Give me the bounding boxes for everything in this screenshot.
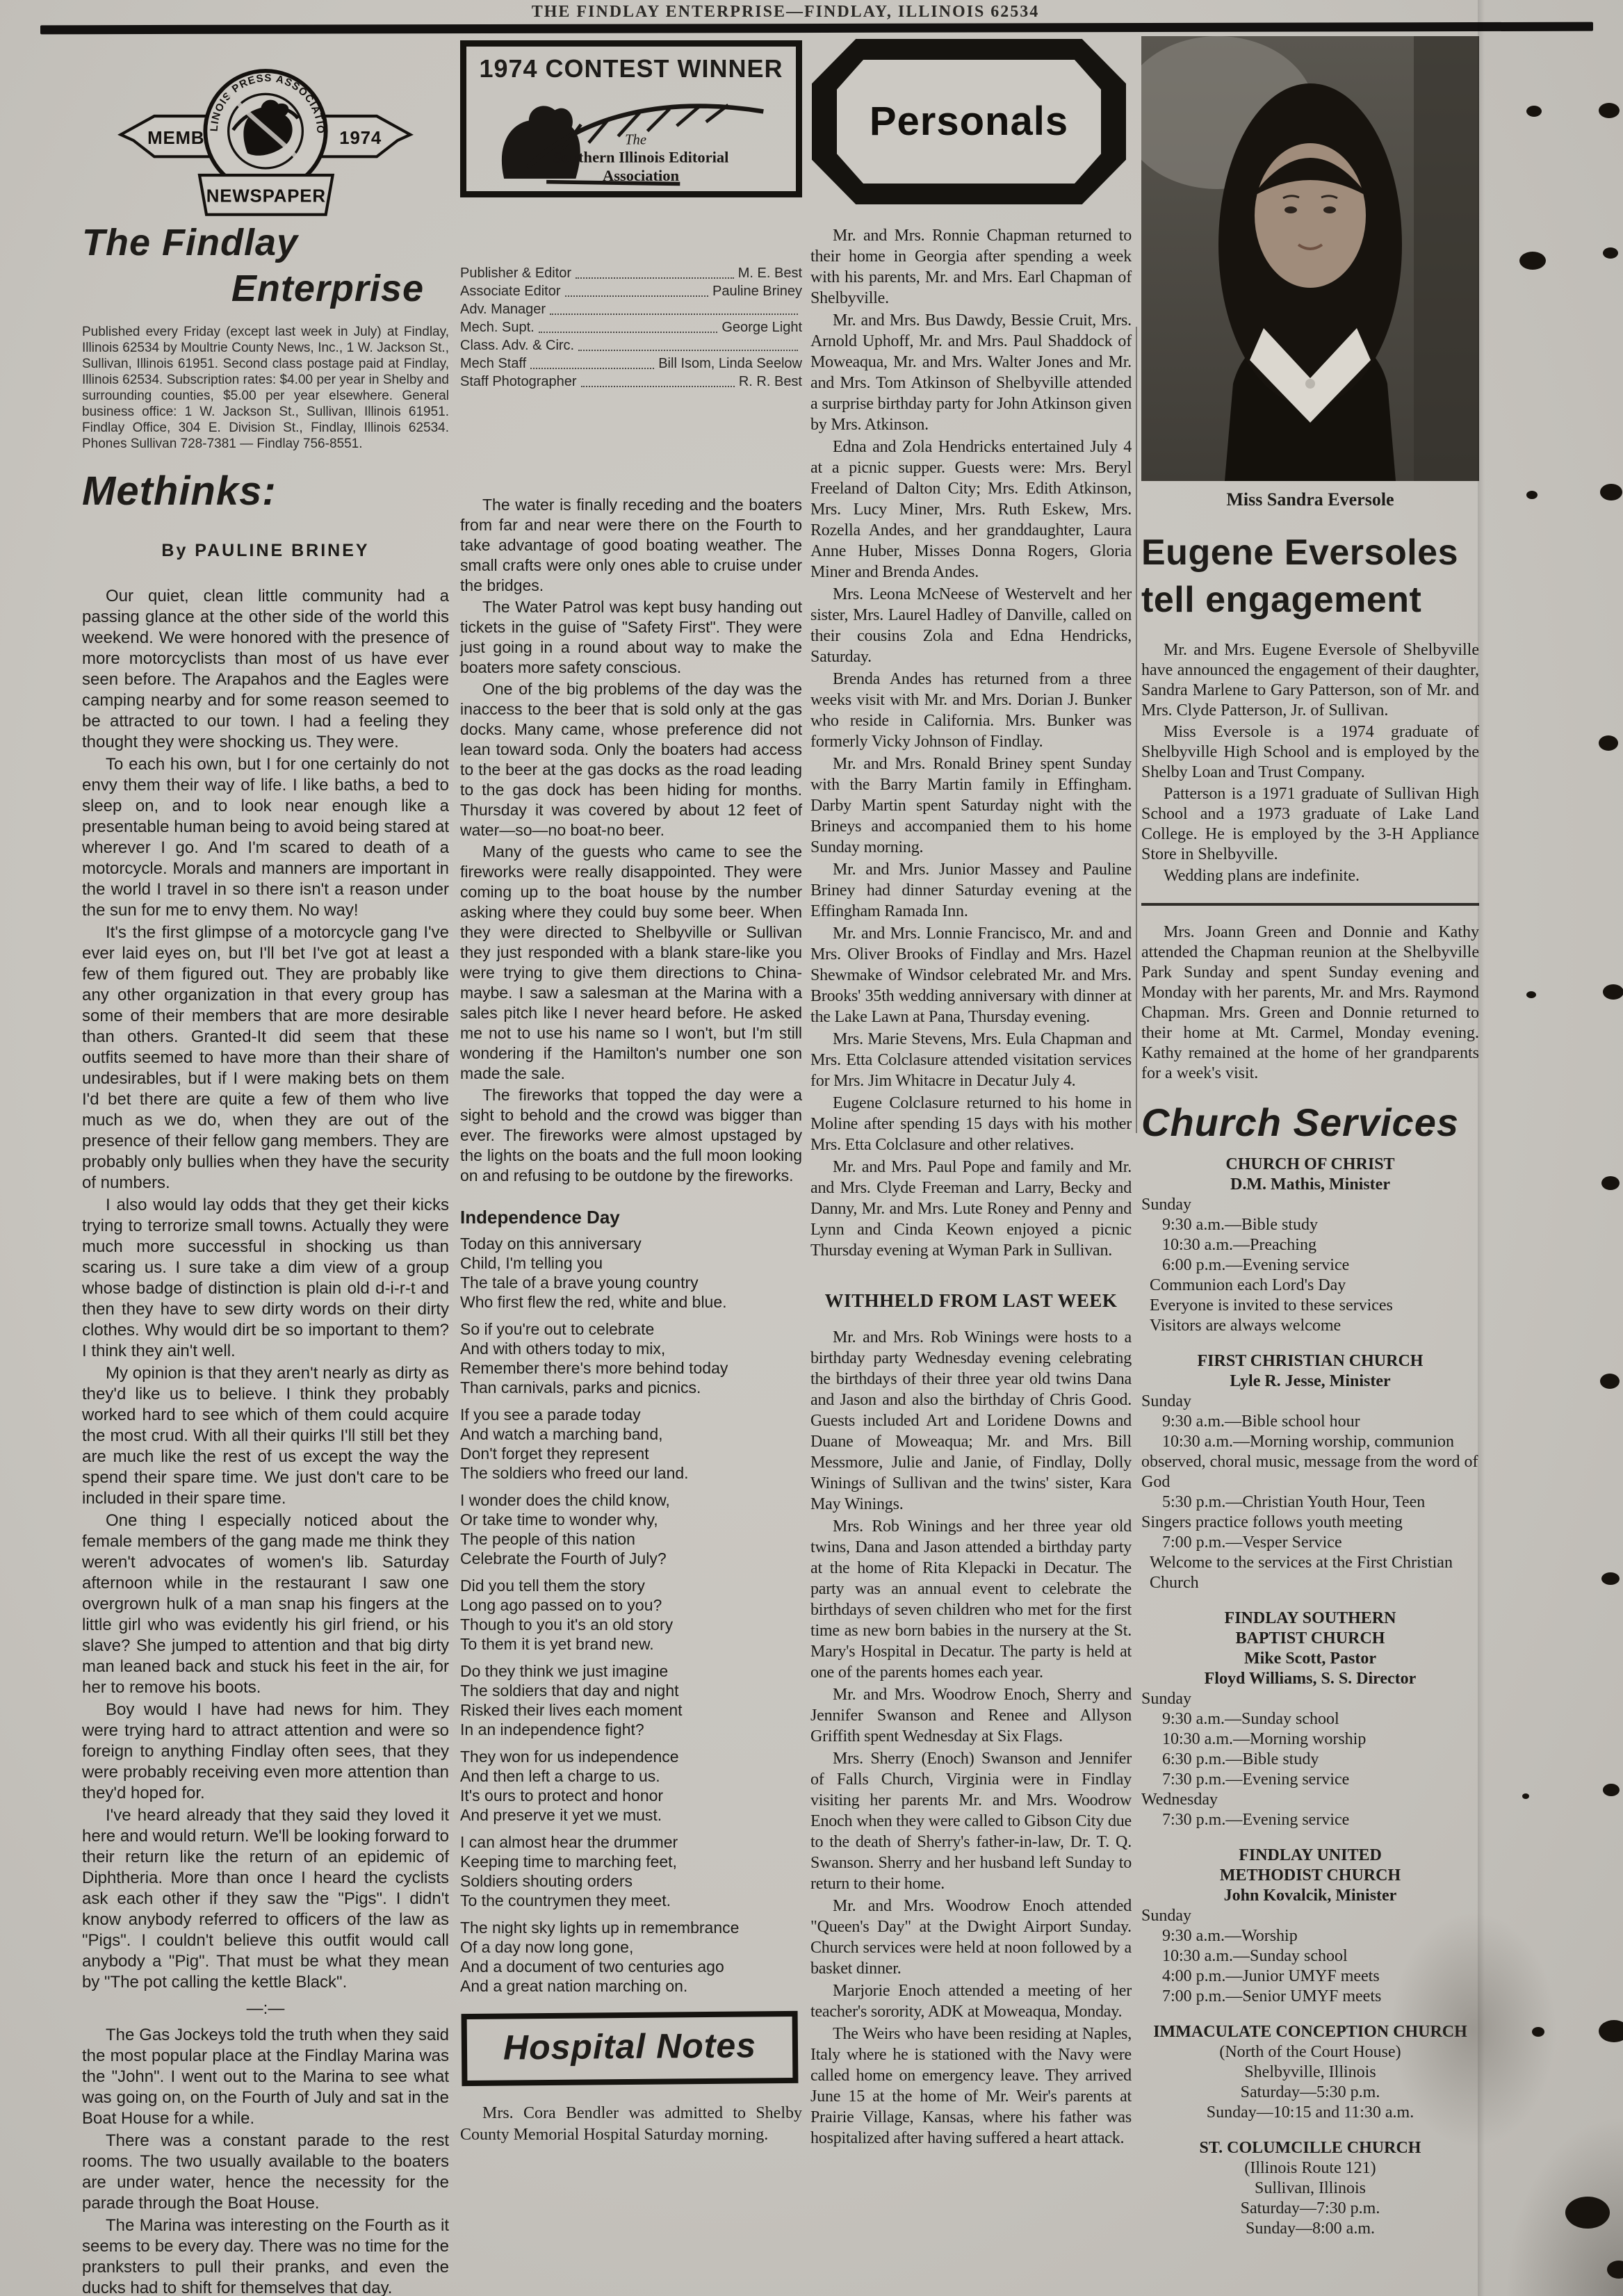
press-association-seal: MEMBER 1974 ILLINOIS PRESS ASSOCIATION N…	[82, 43, 449, 217]
staff-row: Adv. Manager	[460, 300, 802, 318]
personals-items: Mr. and Mrs. Ronnie Chapman returned to …	[810, 225, 1132, 1261]
photo-shadow-edge	[1414, 36, 1479, 481]
lake-report-paragraph: The water is finally receding and the bo…	[460, 495, 802, 596]
quill-bust-illustration: The Southern Illinois Editorial Associat…	[473, 84, 789, 188]
church-service-line: Floyd Williams, S. S. Director	[1141, 1669, 1479, 1689]
ink-spot	[1599, 735, 1618, 751]
lake-report-paragraph: One of the big problems of the day was t…	[460, 679, 802, 840]
church-service-line: Lyle R. Jesse, Minister	[1141, 1371, 1479, 1392]
top-running-head: THE FINDLAY ENTERPRISE—FINDLAY, ILLINOIS…	[518, 2, 1053, 22]
staff-role: Associate Editor	[460, 282, 561, 300]
year-ribbon-label: 1974	[339, 129, 382, 148]
hospital-notes-heading: Hospital Notes	[473, 2028, 787, 2065]
church-service-line: Welcome to the services at the First Chr…	[1141, 1553, 1479, 1593]
dotted-leader	[581, 386, 735, 387]
hospital-notes-box: Hospital Notes	[462, 2011, 799, 2086]
newspaper-title-line1: The Findlay	[82, 224, 449, 261]
staff-row: Publisher & Editor M. E. Best	[460, 264, 802, 282]
church-service-line: Sunday	[1141, 1689, 1479, 1709]
church-service-line: 7:00 p.m.—Vesper Service	[1141, 1533, 1479, 1553]
methinks-heading: Methinks:	[82, 471, 449, 512]
poem-stanza: The night sky lights up in remembrance O…	[460, 1918, 802, 1996]
personals-item: Brenda Andes has returned from a three w…	[810, 669, 1132, 752]
dotted-leader	[565, 295, 709, 297]
church-service-line: 10:30 a.m.—Morning worship, communion ob…	[1141, 1432, 1479, 1492]
personals-item: Eugene Colclasure returned to his home i…	[810, 1093, 1132, 1155]
poem-stanza: So if you're out to celebrate And with o…	[460, 1319, 802, 1397]
personals-item: Mr. and Mrs. Junior Massey and Pauline B…	[810, 859, 1132, 922]
lake-report-paragraph: Many of the guests who came to see the f…	[460, 842, 802, 1084]
church-service-line: Wednesday	[1141, 1790, 1479, 1810]
personals-octagon-panel: Personals	[837, 60, 1101, 184]
staff-role: Staff Photographer	[460, 373, 577, 391]
left-eye	[1284, 206, 1297, 213]
engagement-paragraph: Patterson is a 1971 graduate of Sullivan…	[1141, 784, 1479, 865]
engagement-paragraph: Wedding plans are indefinite.	[1141, 866, 1479, 886]
dotted-leader	[578, 350, 798, 351]
church-services-heading: Church Services	[1141, 1103, 1479, 1142]
ink-spot	[1603, 247, 1618, 259]
engagement-headline: Eugene Eversoles tell engagement	[1141, 530, 1479, 624]
org-the: The	[625, 132, 646, 147]
engagement-headline-line2: tell engagement	[1141, 577, 1479, 624]
church-service-line: 6:00 p.m.—Evening service	[1141, 1255, 1479, 1276]
church-service-line: Communion each Lord's Day	[1141, 1276, 1479, 1296]
staff-row: Class. Adv. & Circ.	[460, 336, 802, 355]
church-service-line: 10:30 a.m.—Preaching	[1141, 1235, 1479, 1255]
church-service-line: 6:30 p.m.—Bible study	[1141, 1750, 1479, 1770]
poem-stanza: I can almost hear the drummer Keeping ti…	[460, 1832, 802, 1910]
ink-spot	[1600, 484, 1622, 500]
ink-spot	[1526, 106, 1542, 117]
staff-role: Class. Adv. & Circ.	[460, 336, 574, 355]
personals-item: Mr. and Mrs. Woodrow Enoch attended "Que…	[810, 1896, 1132, 1979]
section-divider	[1141, 903, 1479, 906]
church-service-line: D.M. Mathis, Minister	[1141, 1175, 1479, 1195]
church-service-line	[1141, 1830, 1479, 1846]
personals-item: Marjorie Enoch attended a meeting of her…	[810, 1980, 1132, 2022]
church-service-line: Saturday—7:30 p.m.	[1141, 2199, 1479, 2219]
poem-stanza: If you see a parade today And watch a ma…	[460, 1405, 802, 1483]
poem-stanza: Did you tell them the story Long ago pas…	[460, 1576, 802, 1654]
church-service-line: Mike Scott, Pastor	[1141, 1649, 1479, 1669]
methinks-paragraph: I've heard already that they said they l…	[82, 1805, 449, 1993]
ink-spot	[1522, 1793, 1529, 1799]
methinks-paragraph: Our quiet, clean little community had a …	[82, 586, 449, 753]
contest-winner-box: 1974 CONTEST WINNER The Southern Illinoi…	[460, 40, 802, 197]
staff-name: R. R. Best	[739, 373, 802, 391]
ink-spot	[1526, 491, 1538, 499]
church-service-line: Everyone is invited to these services	[1141, 1296, 1479, 1316]
church-service-line: FIRST CHRISTIAN CHURCH	[1141, 1351, 1479, 1371]
ink-spot	[1601, 1572, 1620, 1585]
dotted-leader	[539, 332, 718, 333]
ink-spot	[1599, 2020, 1623, 2042]
staff-box: Publisher & Editor M. E. Best Associate …	[460, 264, 802, 391]
lake-report-paragraph: The Water Patrol was kept busy handing o…	[460, 597, 802, 678]
top-rule	[40, 22, 1593, 35]
ink-spot	[1603, 984, 1623, 1000]
photo-caption: Miss Sandra Eversole	[1141, 491, 1479, 509]
poem-stanza: Do they think we just imagine The soldie…	[460, 1661, 802, 1739]
church-service-line: 9:30 a.m.—Bible school hour	[1141, 1412, 1479, 1432]
church-service-line	[1141, 1336, 1479, 1351]
ink-spot	[1532, 2027, 1544, 2037]
methinks-paragraph: One thing I especially noticed about the…	[82, 1511, 449, 1698]
church-service-line: 7:30 p.m.—Evening service	[1141, 1770, 1479, 1790]
church-service-line: 5:30 p.m.—Christian Youth Hour, Teen Sin…	[1141, 1492, 1479, 1533]
staff-row: Associate Editor Pauline Briney	[460, 282, 802, 300]
staff-name: George Light	[721, 318, 802, 336]
middle-column: 1974 CONTEST WINNER The Southern Illinoi…	[460, 40, 802, 2146]
personals-item: Mr. and Mrs. Paul Pope and family and Mr…	[810, 1157, 1132, 1261]
church-service-line: 9:30 a.m.—Bible study	[1141, 1215, 1479, 1235]
church-service-line: FINDLAY UNITED	[1141, 1846, 1479, 1866]
poem-title: Independence Day	[460, 1207, 802, 1228]
poem-stanzas: Today on this anniversary Child, I'm tel…	[460, 1234, 802, 1996]
church-service-line: 10:30 a.m.—Morning worship	[1141, 1729, 1479, 1750]
personals-item: Mr. and Mrs. Rob Winings were hosts to a…	[810, 1327, 1132, 1515]
engagement-paragraph: Mr. and Mrs. Eugene Eversole of Shelbyvi…	[1141, 640, 1479, 721]
newspaper-page: THE FINDLAY ENTERPRISE—FINDLAY, ILLINOIS…	[0, 0, 1623, 2296]
personals-item: Mr. and Mrs. Bus Dawdy, Bessie Cruit, Mr…	[810, 310, 1132, 435]
withheld-items: Mr. and Mrs. Rob Winings were hosts to a…	[810, 1327, 1132, 2149]
ink-spot	[1603, 1784, 1620, 1796]
lake-report-paragraph: The fireworks that topped the day were a…	[460, 1085, 802, 1186]
staff-role: Mech Staff	[460, 355, 526, 373]
portrait-photo	[1141, 36, 1479, 481]
personals-item: Mr. and Mrs. Ronnie Chapman returned to …	[810, 225, 1132, 309]
ink-spot	[1526, 991, 1536, 998]
ink-spot	[1599, 103, 1620, 118]
newspaper-title-line2: Enterprise	[82, 270, 449, 307]
church-service-line: Sunday	[1141, 1392, 1479, 1412]
personals-column: Personals Mr. and Mrs. Ronnie Chapman re…	[810, 36, 1132, 2150]
personals-item: Mrs. Rob Winings and her three year old …	[810, 1516, 1132, 1683]
staff-role: Publisher & Editor	[460, 264, 571, 282]
lake-report-body: The water is finally receding and the bo…	[460, 495, 802, 1186]
staff-name: M. E. Best	[738, 264, 802, 282]
personals-item: Edna and Zola Hendricks entertained July…	[810, 437, 1132, 583]
methinks-paragraph: Boy would I have had news for him. They …	[82, 1700, 449, 1804]
ink-spot	[1565, 2197, 1610, 2229]
staff-name: Bill Isom, Linda Seelow	[658, 355, 802, 373]
hospital-notes-text: Mrs. Cora Bendler was admitted to Shelby…	[460, 2103, 802, 2146]
staff-role: Mech. Supt.	[460, 318, 535, 336]
personals-item: Mrs. Sherry (Enoch) Swanson and Jennifer…	[810, 1748, 1132, 1894]
social-note: Mrs. Joann Green and Donnie and Kathy at…	[1141, 922, 1479, 1084]
engagement-body: Mr. and Mrs. Eugene Eversole of Shelbyvi…	[1141, 640, 1479, 886]
staff-row: Mech Staff Bill Isom, Linda Seelow	[460, 355, 802, 373]
personals-heading-badge: Personals	[812, 39, 1126, 204]
org-line2: Association	[603, 167, 679, 184]
methinks-paragraph: My opinion is that they aren't nearly as…	[82, 1363, 449, 1509]
personals-item: Mrs. Leona McNeese of Westervelt and her…	[810, 584, 1132, 667]
methinks-body: Our quiet, clean little community had a …	[82, 586, 449, 2296]
masthead-methinks-column: MEMBER 1974 ILLINOIS PRESS ASSOCIATION N…	[82, 43, 449, 2296]
church-service-line: Sunday—8:00 a.m.	[1141, 2219, 1479, 2239]
engagement-paragraph: Miss Eversole is a 1974 graduate of Shel…	[1141, 722, 1479, 783]
church-service-line	[1141, 1593, 1479, 1609]
staff-row: Mech. Supt. George Light	[460, 318, 802, 336]
withheld-heading: WITHHELD FROM LAST WEEK	[810, 1292, 1132, 1310]
methinks-paragraph: The Marina was interesting on the Fourth…	[82, 2215, 449, 2296]
ink-spot	[1600, 1374, 1620, 1389]
poem-stanza: I wonder does the child know, Or take ti…	[460, 1490, 802, 1568]
church-service-line: CHURCH OF CHRIST	[1141, 1155, 1479, 1175]
poem-stanza: They won for us independence And then le…	[460, 1747, 802, 1825]
dotted-leader	[576, 277, 734, 279]
personals-item: Mr. and Mrs. Woodrow Enoch, Sherry and J…	[810, 1684, 1132, 1747]
org-line1: Southern Illinois Editorial	[553, 149, 729, 166]
ink-spot	[1519, 252, 1546, 270]
personals-item: Mr. and Mrs. Ronald Briney spent Sunday …	[810, 754, 1132, 858]
personals-item: Mrs. Marie Stevens, Mrs. Eula Chapman an…	[810, 1029, 1132, 1091]
methinks-byline: By PAULINE BRINEY	[82, 542, 449, 560]
methinks-paragraph: The Gas Jockeys told the truth when they…	[82, 2025, 449, 2129]
staff-role: Adv. Manager	[460, 300, 546, 318]
contest-winner-title: 1974 CONTEST WINNER	[473, 56, 789, 81]
methinks-paragraph: —:—	[82, 1998, 449, 2019]
personals-item: The Weirs who have been residing at Napl…	[810, 2024, 1132, 2149]
methinks-paragraph: It's the first glimpse of a motorcycle g…	[82, 922, 449, 1194]
methinks-paragraph: There was a constant parade to the rest …	[82, 2131, 449, 2214]
methinks-paragraph: I also would lay odds that they get thei…	[82, 1195, 449, 1362]
staff-name: Pauline Briney	[712, 282, 802, 300]
church-service-line: 9:30 a.m.—Sunday school	[1141, 1709, 1479, 1729]
dotted-leader	[530, 368, 654, 369]
poem-stanza: Today on this anniversary Child, I'm tel…	[460, 1234, 802, 1312]
newspaper-ribbon-label: NEWSPAPER	[206, 186, 326, 206]
personals-heading: Personals	[870, 101, 1068, 142]
methinks-paragraph: To each his own, but I for one certainly…	[82, 754, 449, 921]
right-eye	[1323, 206, 1336, 213]
church-service-line: BAPTIST CHURCH	[1141, 1629, 1479, 1649]
staff-row: Staff Photographer R. R. Best	[460, 373, 802, 391]
church-service-line: Visitors are always welcome	[1141, 1316, 1479, 1336]
ink-spot	[1601, 1176, 1620, 1190]
engagement-headline-line1: Eugene Eversoles	[1141, 530, 1479, 577]
collar-button	[1305, 379, 1315, 389]
church-service-line: Sunday	[1141, 1195, 1479, 1215]
publication-info: Published every Friday (except last week…	[82, 324, 449, 452]
personals-item: Mr. and Mrs. Lonnie Francisco, Mr. and a…	[810, 923, 1132, 1027]
column-rule	[1136, 327, 1137, 1133]
church-service-line: 7:30 p.m.—Evening service	[1141, 1810, 1479, 1830]
church-service-line: FINDLAY SOUTHERN	[1141, 1609, 1479, 1629]
independence-day-poem: Independence Day Today on this anniversa…	[460, 1207, 802, 1996]
dotted-leader	[550, 314, 798, 315]
